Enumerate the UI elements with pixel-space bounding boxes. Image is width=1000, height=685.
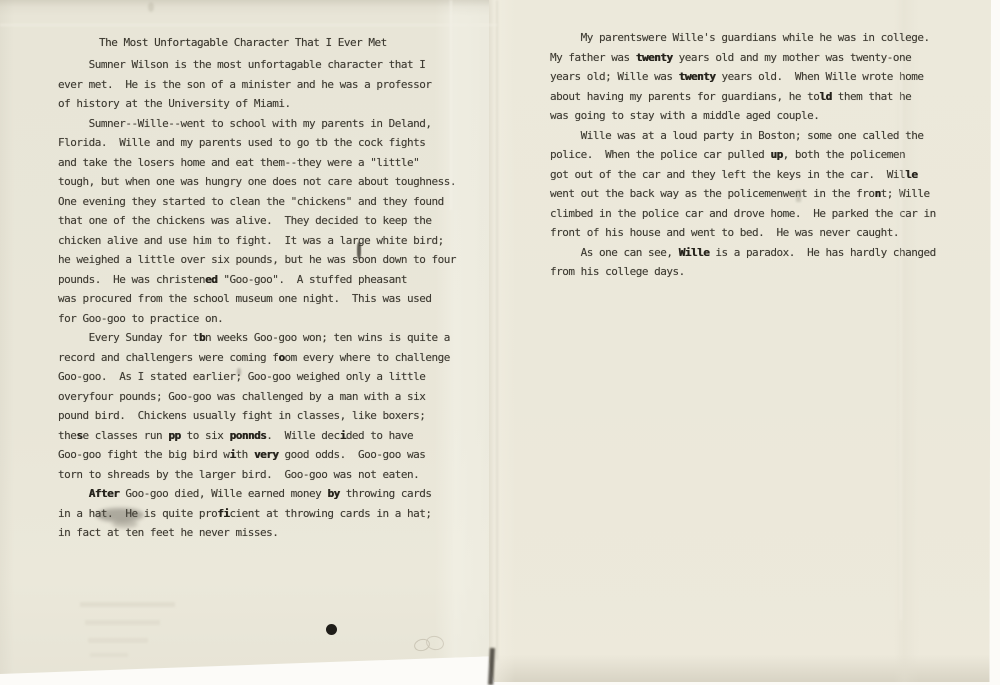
page-right: My parentswere Wille's guardians while h… [489, 0, 991, 682]
typed-line: pound bird. Chickens usually fight in cl… [58, 406, 456, 426]
typed-line: record and challengers were coming foom … [58, 348, 456, 368]
typed-line: these classes run pp to six ponnds. Will… [58, 426, 456, 446]
typed-line: My father was twenty years old and my mo… [550, 48, 936, 68]
typed-line: tough, but when one was hungry one does … [58, 172, 456, 192]
essay-title: The Most Unfortagable Character That I E… [99, 36, 387, 49]
typed-line: went out the back way as the policemenwe… [550, 184, 936, 204]
typed-line: pounds. He was christened "Goo-goo". A s… [58, 270, 456, 290]
typed-line: for Goo-goo to practice on. [58, 309, 456, 329]
typed-line: Goo-goo fight the big bird with very goo… [58, 445, 456, 465]
page-right-body: My parentswere Wille's guardians while h… [550, 28, 936, 282]
typed-line: Sumner Wilson is the most unfortagable c… [58, 55, 456, 75]
scanned-document: The Most Unfortagable Character That I E… [0, 0, 1000, 685]
typed-line: Sumner--Wille--went to school with my pa… [58, 114, 456, 134]
typed-line: of history at the University of Miami. [58, 94, 456, 114]
typed-line: he weighed a little over six pounds, but… [58, 250, 456, 270]
typed-line: climbed in the police car and drove home… [550, 204, 936, 224]
typed-line: from his college days. [550, 262, 936, 282]
typed-line: Every Sunday for tbn weeks Goo-goo won; … [58, 328, 456, 348]
typed-line: in fact at ten feet he never misses. [58, 523, 456, 543]
typed-line: As one can see, Wille is a paradox. He h… [550, 243, 936, 263]
typed-line: overyfour pounds; Goo-goo was challenged… [58, 387, 456, 407]
typed-line: got out of the car and they left the key… [550, 165, 936, 185]
typed-line: police. When the police car pulled up, b… [550, 145, 936, 165]
typed-line: Wille was at a loud party in Boston; som… [550, 126, 936, 146]
typed-line: ever met. He is the son of a minister an… [58, 75, 456, 95]
typed-line: was procured from the school museum one … [58, 289, 456, 309]
typed-line: that one of the chickens was alive. They… [58, 211, 456, 231]
page-left-body: Sumner Wilson is the most unfortagable c… [58, 55, 456, 543]
typed-line: years old; Wille was twenty years old. W… [550, 67, 936, 87]
typed-line: front of his house and went to bed. He w… [550, 223, 936, 243]
typed-line: about having my parents for guardians, h… [550, 87, 936, 107]
typed-line: One evening they started to clean the "c… [58, 192, 456, 212]
typed-line: in a hat. He is quite proficient at thro… [58, 504, 456, 524]
typed-line: Goo-goo. As I stated earlier; Goo-goo we… [58, 367, 456, 387]
typed-line: and take the losers home and eat them--t… [58, 153, 456, 173]
page-left: The Most Unfortagable Character That I E… [0, 0, 497, 674]
typed-line: was going to stay with a middle aged cou… [550, 106, 936, 126]
typed-line: chicken alive and use him to fight. It w… [58, 231, 456, 251]
typed-line: After Goo-goo died, Wille earned money b… [58, 484, 456, 504]
typed-line: Florida. Wille and my parents used to go… [58, 133, 456, 153]
typed-line: torn to shreads by the larger bird. Goo-… [58, 465, 456, 485]
typed-line: My parentswere Wille's guardians while h… [550, 28, 936, 48]
